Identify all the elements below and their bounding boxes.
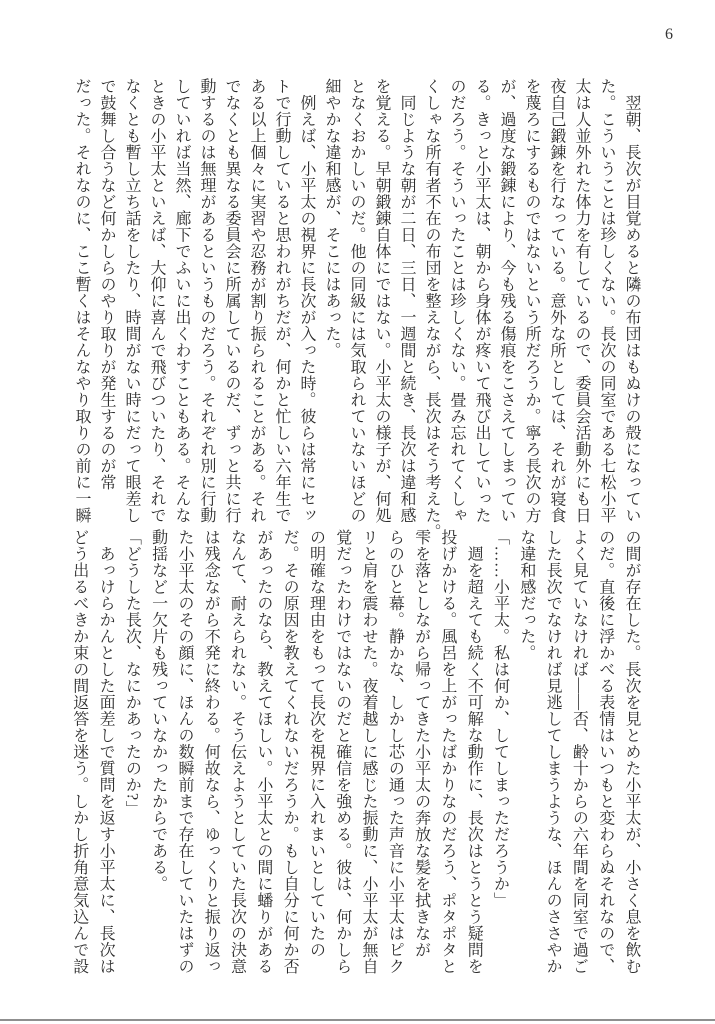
text-line: を覚える。早朝鍛錬自体にではない。小平太の様子が、何処 <box>369 78 394 516</box>
text-line: 細やかな違和感が、そこにはあった。 <box>319 78 344 516</box>
text-line: ある以上個々に実習や忍務が割り振られることがある。それ <box>244 78 269 516</box>
text-line: なんて、耐えられない。そう伝えようとしていた長次の決意 <box>223 529 249 967</box>
text-line: だった。それなのに、ここ暫くはそんなやり取りの前に一瞬 <box>69 78 94 516</box>
page-bottom-edge-line <box>0 1019 715 1021</box>
text-line: 動するのは無理があるというものだろう。それぞれ別に行動 <box>194 78 219 516</box>
text-line: 太は人並外れた体力を有しているので、委員会活動外にも日 <box>569 78 594 516</box>
text-line: のだ。直後に浮かべる表情はいつもと変わらぬそれなので、 <box>591 529 617 967</box>
text-block-bottom: の間が存在した。長次を見とめた小平太が、小さく息を飲む のだ。直後に浮かべる表情… <box>65 529 644 967</box>
text-line: だ。その原因を教えてくれないだろうか。もし自分に何か否 <box>276 529 302 967</box>
text-line: た小平太のその顔に、ほんの数瞬前まで存在していたはずの <box>171 529 197 967</box>
text-line: 例えば、小平太の視界に長次が入った時。彼らは常にセッ <box>294 78 319 516</box>
text-line: らのひと幕。静かな、しかし芯の通った声音に小平太はピク <box>381 529 407 967</box>
text-line: した長次でなければ見逃してしまうような、ほんのささやか <box>539 529 565 967</box>
text-line: 「……小平太。私は何か、してしまっただろうか」 <box>486 529 512 967</box>
text-line: 翌朝、長次が目覚めると隣の布団はもぬけの殻になってい <box>619 78 644 516</box>
document-page: 6 翌朝、長次が目覚めると隣の布団はもぬけの殻になってい た。こういうことは珍し… <box>0 0 715 1024</box>
text-line: くしゃな所有者不在の布団を整えながら、長次はそう考えた。 <box>419 78 444 516</box>
text-line: た。こういうことは珍しくない。長次の同室である七松小平 <box>594 78 619 516</box>
text-line: で鼓舞し合うなど何かしらのやり取りが発生するのが常 <box>94 78 119 516</box>
text-line: があったのなら、教えてほしい。小平太との間に蟠りがある <box>250 529 276 967</box>
text-line: は残念ながら不発に終わる。何故なら、ゆっくりと振り返っ <box>197 529 223 967</box>
text-line: ときの小平太といえば、大仰に喜んで飛びついたり、それで <box>144 78 169 516</box>
text-line: リと肩を震わせた。夜着越しに感じた振動に、小平太が無自 <box>355 529 381 967</box>
text-line: あっけらかんとした面差しで質問を返す小平太に、長次は <box>92 529 118 967</box>
text-line: のだろう。そういったことは珍しくない。畳み忘れてくしゃ <box>444 78 469 516</box>
text-block-top: 翌朝、長次が目覚めると隣の布団はもぬけの殻になってい た。こういうことは珍しくな… <box>69 78 644 516</box>
text-line: な違和感だった。 <box>513 529 539 967</box>
page-number: 6 <box>665 26 673 44</box>
text-line: 「どうした長次、なにかあったのか?」 <box>118 529 144 967</box>
text-line: なくとも暫し立ち話をしたり、時間がない時にだって眼差し <box>119 78 144 516</box>
text-line: でなくとも異なる委員会に所属しているのだ、ずっと共に行 <box>219 78 244 516</box>
text-line: の間が存在した。長次を見とめた小平太が、小さく息を飲む <box>618 529 644 967</box>
text-line: 週を超えても続く不可解な動作に、長次はとうとう疑問を <box>460 529 486 967</box>
text-line: 同じような朝が二日、三日、一週間と続き、長次は違和感 <box>394 78 419 516</box>
text-line: 覚だったわけではないのだと確信を強める。彼は、何かしら <box>328 529 354 967</box>
text-line: どう出るべきか束の間返答を迷う。しかし折角意気込んで設 <box>65 529 91 967</box>
text-line: 夜自己鍛錬を行なっている。意外な所としては、それが寝食 <box>544 78 569 516</box>
text-line: の明確な理由をもって長次を視界に入れまいとしていたの <box>302 529 328 967</box>
text-line: 投げかける。風呂を上がったばかりなのだろう、ポタポタと <box>434 529 460 967</box>
text-line: が、過度な鍛錬により、今も残る傷痕をこさえてしまってい <box>494 78 519 516</box>
text-line: る。きっと小平太は、朝から身体が疼いて飛び出していった <box>469 78 494 516</box>
text-line: トで行動していると思われがちだが、何かと忙しい六年生で <box>269 78 294 516</box>
text-line: 動揺など一欠片も残っていなかったからである。 <box>144 529 170 967</box>
text-line: よく見ていなければ――否、齢十からの六年間を同室で過ご <box>565 529 591 967</box>
text-line: 雫を落としながら帰ってきた小平太の奔放な髪を拭きなが <box>407 529 433 967</box>
text-line: していれば当然、廊下でふいに出くわすこともある。そんな <box>169 78 194 516</box>
text-line: となくおかしいのだ。他の同級には気取られていないほどの <box>344 78 369 516</box>
text-line: を蔑ろにするものではないという所だろうか。寧ろ長次の方 <box>519 78 544 516</box>
